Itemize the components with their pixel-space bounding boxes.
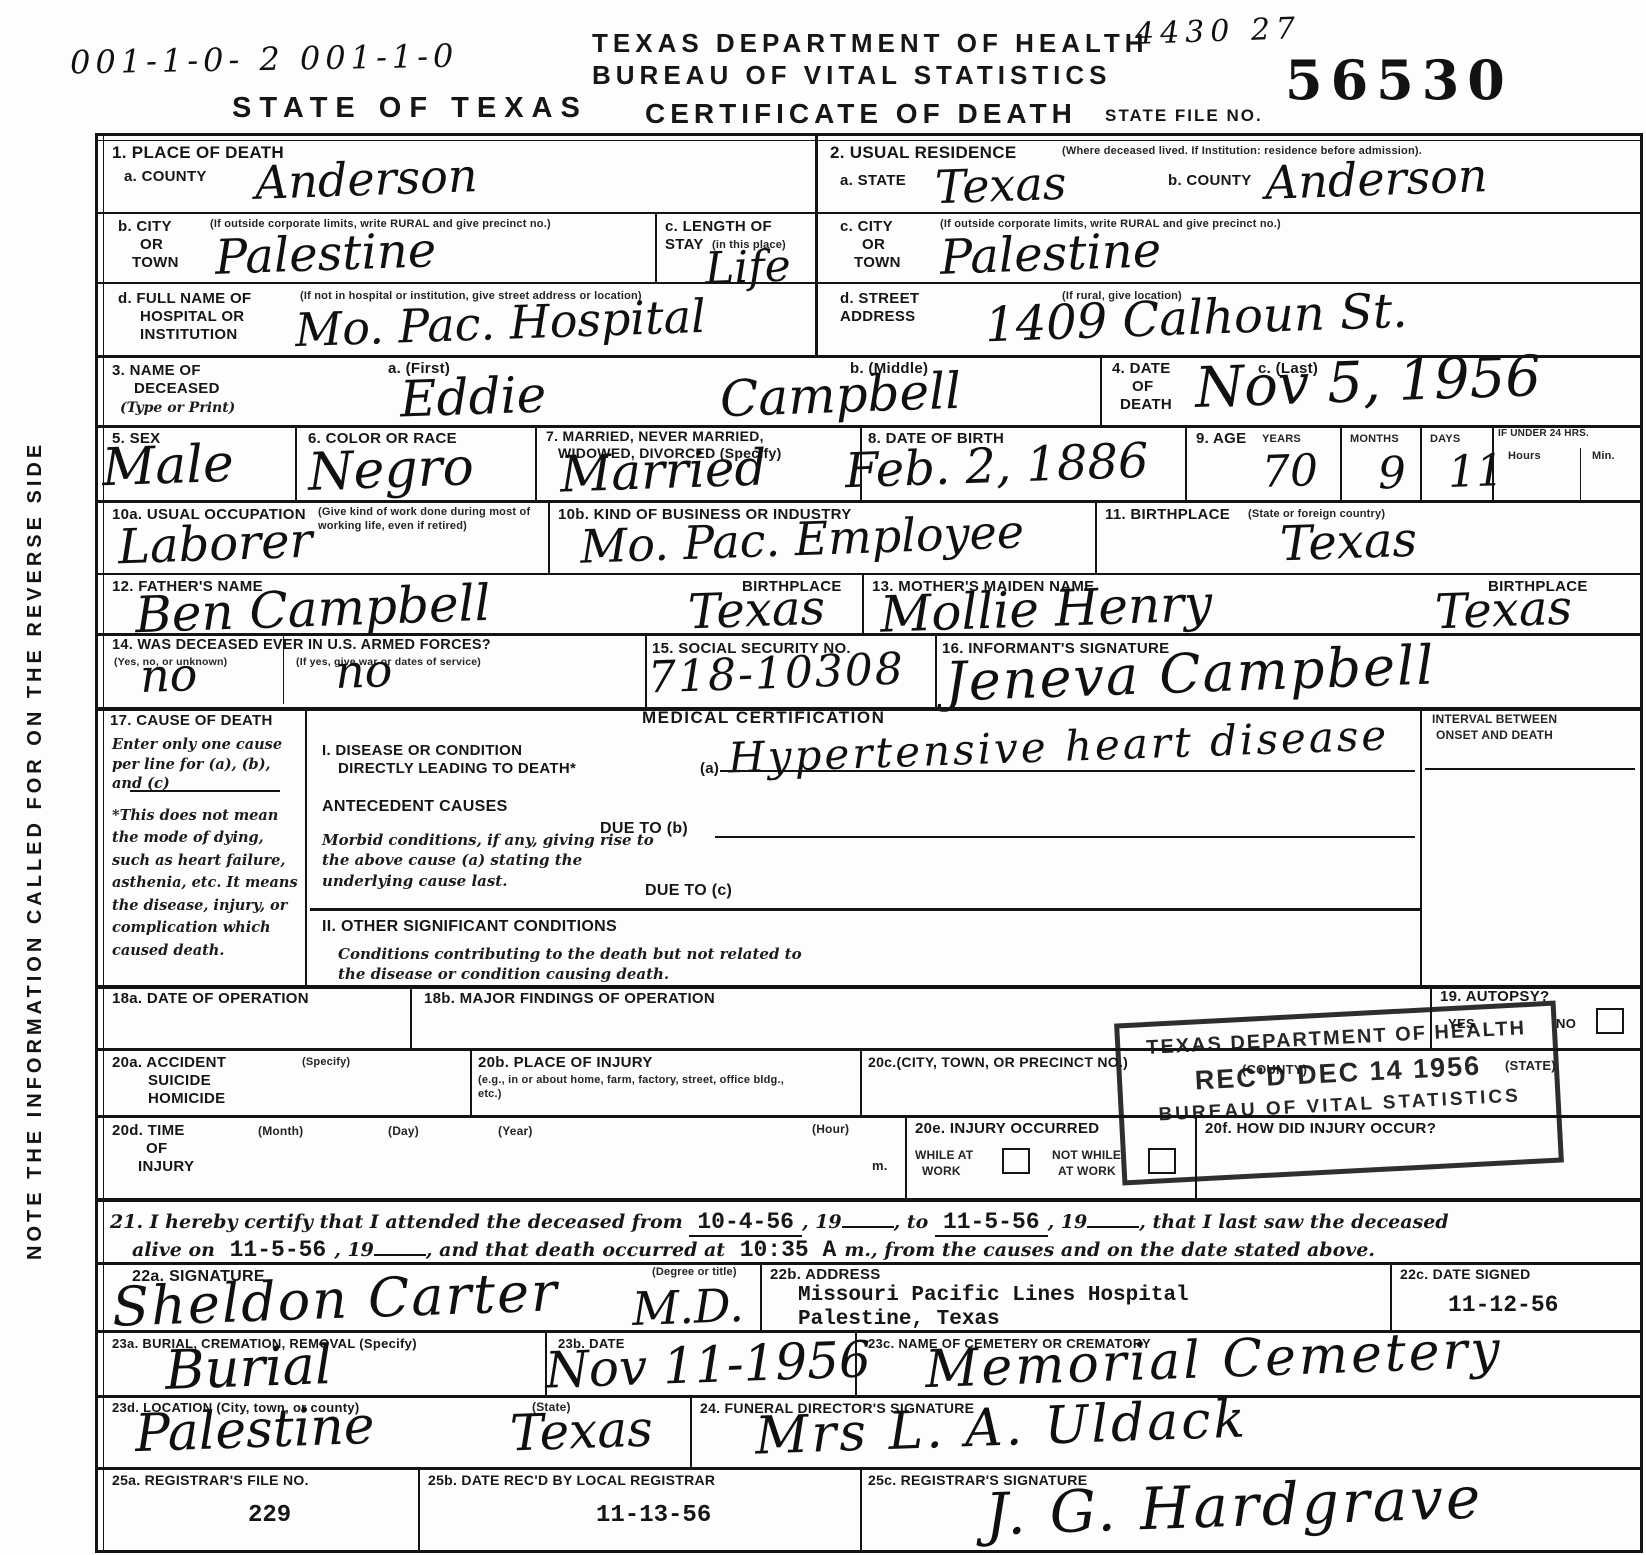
death-date-label-2: OF xyxy=(1132,378,1153,395)
grid-line xyxy=(470,1048,472,1115)
grid-line xyxy=(645,633,647,707)
res-state-label: a. STATE xyxy=(840,172,906,189)
certify-line-2: alive on 11-5-56, 19, and that death occ… xyxy=(132,1236,1375,1263)
due-to-b-label: DUE TO (b) xyxy=(600,820,688,838)
burial-location-state-value: Texas xyxy=(509,1400,654,1463)
age-months-label: MONTHS xyxy=(1350,433,1399,445)
stay-label-2: STAY xyxy=(665,236,704,253)
injury-hour-label: (Hour) xyxy=(812,1122,849,1136)
margin-codes-right: 4430 27 xyxy=(1134,11,1301,52)
grid-line xyxy=(95,425,1642,428)
grid-line xyxy=(1185,425,1187,500)
cause-title: 17. CAUSE OF DEATH xyxy=(110,712,273,729)
while-at-work-checkbox[interactable] xyxy=(1002,1148,1030,1174)
physician-address-label: 22b. ADDRESS xyxy=(770,1266,881,1283)
antecedent-label: ANTECEDENT CAUSES xyxy=(322,798,508,816)
grid-line xyxy=(95,500,1642,503)
certify-text-6: alive on xyxy=(132,1239,215,1261)
grid-line xyxy=(95,707,1642,711)
injury-time-label-2: OF xyxy=(146,1140,167,1157)
registrar-file-value: 229 xyxy=(248,1502,291,1529)
grid-line xyxy=(862,573,864,633)
injury-place-label: 20b. PLACE OF INJURY xyxy=(478,1054,653,1071)
age-days-label: DAYS xyxy=(1430,433,1460,445)
grid-line xyxy=(95,140,1642,141)
not-while-label-1: NOT WHILE xyxy=(1052,1148,1121,1162)
city-label-3: TOWN xyxy=(132,254,179,271)
grid-line xyxy=(1195,1115,1197,1198)
res-county-value: Anderson xyxy=(1264,148,1488,210)
city-label-1: b. CITY xyxy=(118,218,172,235)
burial-value: Burial xyxy=(164,1333,333,1402)
grid-line xyxy=(535,425,537,500)
certify-text-8: , and that death occurred at xyxy=(426,1239,725,1261)
grid-line xyxy=(95,1467,1642,1470)
injury-time-label-3: INJURY xyxy=(138,1158,194,1175)
grid-line xyxy=(410,985,412,1048)
death-time-value: 10:35 A xyxy=(732,1237,845,1265)
certify-text-5: , that I last saw the deceased xyxy=(1139,1211,1448,1233)
due-to-c-label: DUE TO (c) xyxy=(645,882,732,900)
blank-line xyxy=(374,1236,426,1256)
age-years-value: 70 xyxy=(1261,445,1319,498)
operation-findings-label: 18b. MAJOR FINDINGS OF OPERATION xyxy=(424,990,715,1007)
grid-line xyxy=(95,573,1642,575)
birthplace-label: 11. BIRTHPLACE xyxy=(1105,506,1230,523)
grid-line xyxy=(760,1262,762,1330)
grid-line xyxy=(655,212,657,282)
registrar-date-label: 25b. DATE REC'D BY LOCAL REGISTRAR xyxy=(428,1472,715,1488)
grid-line xyxy=(295,425,297,500)
interval-label-2: ONSET AND DEATH xyxy=(1436,728,1553,742)
autopsy-no-checkbox[interactable] xyxy=(1596,1008,1624,1034)
received-stamp: TEXAS DEPARTMENT OF HEALTH REC'D DEC 14 … xyxy=(1114,1001,1564,1186)
injury-m-label: m. xyxy=(872,1158,888,1173)
certify-text-2: , 19 xyxy=(802,1211,842,1233)
grid-line xyxy=(95,985,1642,989)
grid-line xyxy=(130,790,280,792)
grid-line xyxy=(1425,768,1635,770)
grid-line xyxy=(1100,355,1102,425)
name-label-3: (Type or Print) xyxy=(120,400,235,416)
grid-line xyxy=(310,908,1420,911)
grid-line xyxy=(95,133,1642,136)
state-file-no-label: STATE FILE NO. xyxy=(1105,106,1263,126)
state-of-texas-title: STATE OF TEXAS xyxy=(232,92,588,125)
grid-line xyxy=(1095,500,1097,573)
birthplace-value: Texas xyxy=(1279,512,1418,573)
grid-line xyxy=(283,636,284,704)
last-name-value: Campbell xyxy=(719,362,962,428)
certificate-title: CERTIFICATE OF DEATH xyxy=(645,98,1077,130)
margin-codes-left: 001-1-0- 2 001-1-0 xyxy=(70,37,459,82)
age-months-value: 9 xyxy=(1377,448,1407,500)
injury-time-label-1: 20d. TIME xyxy=(112,1122,185,1139)
ssn-value: 718-10308 xyxy=(647,644,905,704)
grid-line xyxy=(815,133,818,355)
age-years-label: YEARS xyxy=(1262,433,1301,445)
date-signed-value: 11-12-56 xyxy=(1448,1292,1558,1318)
armed-forces-value2: no xyxy=(334,643,393,699)
res-city-label-3: TOWN xyxy=(854,254,901,271)
last-seen-alive-date: 11-5-56 xyxy=(222,1237,335,1265)
grid-line xyxy=(715,836,1415,838)
grid-line xyxy=(305,707,307,985)
not-while-label-2: AT WORK xyxy=(1058,1164,1116,1178)
grid-line xyxy=(95,212,1642,214)
grid-line xyxy=(95,133,98,1553)
age-min-label: Min. xyxy=(1592,450,1615,462)
reverse-side-note: NOTE THE INFORMATION CALLED FOR ON THE R… xyxy=(24,360,47,1260)
burial-date-value: Nov 11-1956 xyxy=(544,1330,872,1399)
medical-certification-title: MEDICAL CERTIFICATION xyxy=(642,708,885,728)
age-label: 9. AGE xyxy=(1196,430,1246,447)
grid-line xyxy=(548,500,550,573)
mother-birthplace-value: Texas xyxy=(1434,580,1573,641)
stay-value: Life xyxy=(704,241,791,295)
physician-address-line2: Palestine, Texas xyxy=(798,1308,1000,1331)
birth-date-value: Feb. 2, 1886 xyxy=(844,433,1149,500)
blank-line xyxy=(842,1208,894,1228)
city-label-2: OR xyxy=(140,236,163,253)
accident-note: (Specify) xyxy=(302,1056,350,1068)
street-label-1: d. STREET xyxy=(840,290,919,307)
grid-line xyxy=(1420,425,1422,500)
grid-line xyxy=(95,355,1642,358)
age-hours-label: Hours xyxy=(1508,450,1541,462)
injury-month-label: (Month) xyxy=(258,1124,303,1138)
grid-line xyxy=(720,770,1415,772)
res-county-label: b. COUNTY xyxy=(1168,172,1252,189)
state-file-number: 56530 xyxy=(1285,48,1513,112)
accident-label-3: HOMICIDE xyxy=(148,1090,225,1107)
hospital-label-3: INSTITUTION xyxy=(140,326,237,343)
disease-label-2: DIRECTLY LEADING TO DEATH* xyxy=(338,760,576,777)
grid-line xyxy=(1340,425,1342,500)
street-value: 1409 Calhoun St. xyxy=(984,283,1408,354)
injury-day-label: (Day) xyxy=(388,1124,419,1138)
attended-from-date: 10-4-56 xyxy=(689,1209,802,1237)
other-conditions-note: Conditions contributing to the death but… xyxy=(338,944,818,985)
death-date-label-1: 4. DATE xyxy=(1112,360,1171,377)
certify-line-1: 21. I hereby certify that I attended the… xyxy=(110,1208,1449,1235)
operation-date-label: 18a. DATE OF OPERATION xyxy=(112,990,309,1007)
father-birthplace-value: Texas xyxy=(687,580,826,641)
blank-line xyxy=(1087,1208,1139,1228)
injury-year-label: (Year) xyxy=(498,1124,533,1138)
certify-text-4: , 19 xyxy=(1048,1211,1088,1233)
certify-text-9: m., from the causes and on the date stat… xyxy=(844,1239,1375,1261)
certify-text-3: , to xyxy=(894,1211,929,1233)
injury-city-label: 20c.(CITY, TOWN, OR PRECINCT NO.) xyxy=(868,1054,1128,1070)
res-city-label-2: OR xyxy=(862,236,885,253)
hospital-label-2: HOSPITAL OR xyxy=(140,308,244,325)
antecedent-note: Morbid conditions, if any, giving rise t… xyxy=(322,830,672,891)
accident-label-1: 20a. ACCIDENT xyxy=(112,1054,226,1071)
grid-line xyxy=(860,1467,862,1550)
grid-line xyxy=(1390,1262,1392,1330)
grid-line xyxy=(545,1330,547,1395)
city-value: Palestine xyxy=(214,222,437,286)
grid-line xyxy=(1430,985,1432,1048)
street-label-2: ADDRESS xyxy=(840,308,915,325)
occupation-note: (Give kind of work done during most of w… xyxy=(318,506,543,534)
cause-sub1: Enter only one cause per line for (a), (… xyxy=(112,735,297,794)
while-at-work-label-2: WORK xyxy=(922,1164,961,1178)
grid-line xyxy=(1420,707,1422,985)
res-city-value: Palestine xyxy=(939,222,1162,286)
cause-sub2: *This does not mean the mode of dying, s… xyxy=(112,805,300,962)
age-under24-label: IF UNDER 24 HRS. xyxy=(1498,428,1589,439)
certify-text-7: , 19 xyxy=(334,1239,374,1261)
other-conditions-label: II. OTHER SIGNIFICANT CONDITIONS xyxy=(322,918,617,936)
grid-line xyxy=(690,1395,692,1467)
res-city-label-1: c. CITY xyxy=(840,218,893,235)
certify-text-1: 21. I hereby certify that I attended the… xyxy=(110,1211,683,1233)
physician-degree-value: M.D. xyxy=(631,1278,744,1336)
autopsy-no-label: NO xyxy=(1556,1016,1576,1031)
armed-forces-value1: no xyxy=(139,647,198,703)
grid-line xyxy=(905,1115,907,1198)
disease-a-label: (a) xyxy=(700,760,719,777)
grid-line xyxy=(95,633,1642,636)
grid-line xyxy=(95,1395,1642,1398)
attended-to-date: 11-5-56 xyxy=(935,1209,1048,1237)
name-label-1: 3. NAME OF xyxy=(112,362,201,379)
grid-line xyxy=(860,1048,862,1115)
county-label: a. COUNTY xyxy=(124,168,207,185)
disease-label-1: I. DISEASE OR CONDITION xyxy=(322,742,522,759)
grid-line xyxy=(935,633,937,707)
occupation-value: Laborer xyxy=(117,513,313,576)
grid-line xyxy=(860,425,862,500)
grid-line xyxy=(95,1198,1642,1202)
hospital-label-1: d. FULL NAME OF xyxy=(118,290,251,307)
grid-line xyxy=(95,1048,1642,1051)
grid-line xyxy=(103,133,104,1550)
stay-label-1: c. LENGTH OF xyxy=(665,218,772,235)
first-name-value: Eddie xyxy=(399,365,547,428)
interval-label-1: INTERVAL BETWEEN xyxy=(1432,712,1557,726)
while-at-work-label-1: WHILE AT xyxy=(915,1148,973,1162)
grid-line xyxy=(418,1467,420,1550)
grid-line xyxy=(1492,425,1494,500)
death-certificate-scan: 001-1-0- 2 001-1-0 STATE OF TEXAS TEXAS … xyxy=(0,0,1646,1555)
dept-title-line2: BUREAU OF VITAL STATISTICS xyxy=(592,60,1112,91)
grid-line xyxy=(1580,448,1581,500)
registrar-file-label: 25a. REGISTRAR'S FILE NO. xyxy=(112,1472,309,1488)
degree-or-title-label: (Degree or title) xyxy=(652,1266,737,1278)
county-value: Anderson xyxy=(254,148,478,210)
grid-line xyxy=(95,1115,1642,1118)
injury-place-note: (e.g., in or about home, farm, factory, … xyxy=(478,1074,788,1102)
race-value: Negro xyxy=(307,437,475,503)
grid-line xyxy=(95,282,1642,284)
grid-line xyxy=(1640,133,1643,1553)
grid-line xyxy=(95,1550,1642,1553)
burial-location-city-value: Palestine xyxy=(134,1396,375,1464)
age-days-value: 11 xyxy=(1447,445,1505,498)
accident-label-2: SUICIDE xyxy=(148,1072,211,1089)
dept-title-line1: TEXAS DEPARTMENT OF HEALTH xyxy=(592,28,1149,59)
res-state-value: Texas xyxy=(934,156,1067,215)
death-date-label-3: DEATH xyxy=(1120,396,1172,413)
grid-line xyxy=(855,1330,857,1395)
grid-line xyxy=(95,1330,1642,1333)
grid-line xyxy=(95,1262,1642,1265)
marital-value: Married xyxy=(559,438,767,503)
name-label-2: DECEASED xyxy=(134,380,220,397)
date-signed-label: 22c. DATE SIGNED xyxy=(1400,1266,1531,1282)
physician-address-line1: Missouri Pacific Lines Hospital xyxy=(798,1284,1189,1307)
sex-value: Male xyxy=(101,434,235,499)
registrar-date-value: 11-13-56 xyxy=(596,1502,711,1529)
injury-occurred-label: 20e. INJURY OCCURRED xyxy=(915,1120,1099,1137)
